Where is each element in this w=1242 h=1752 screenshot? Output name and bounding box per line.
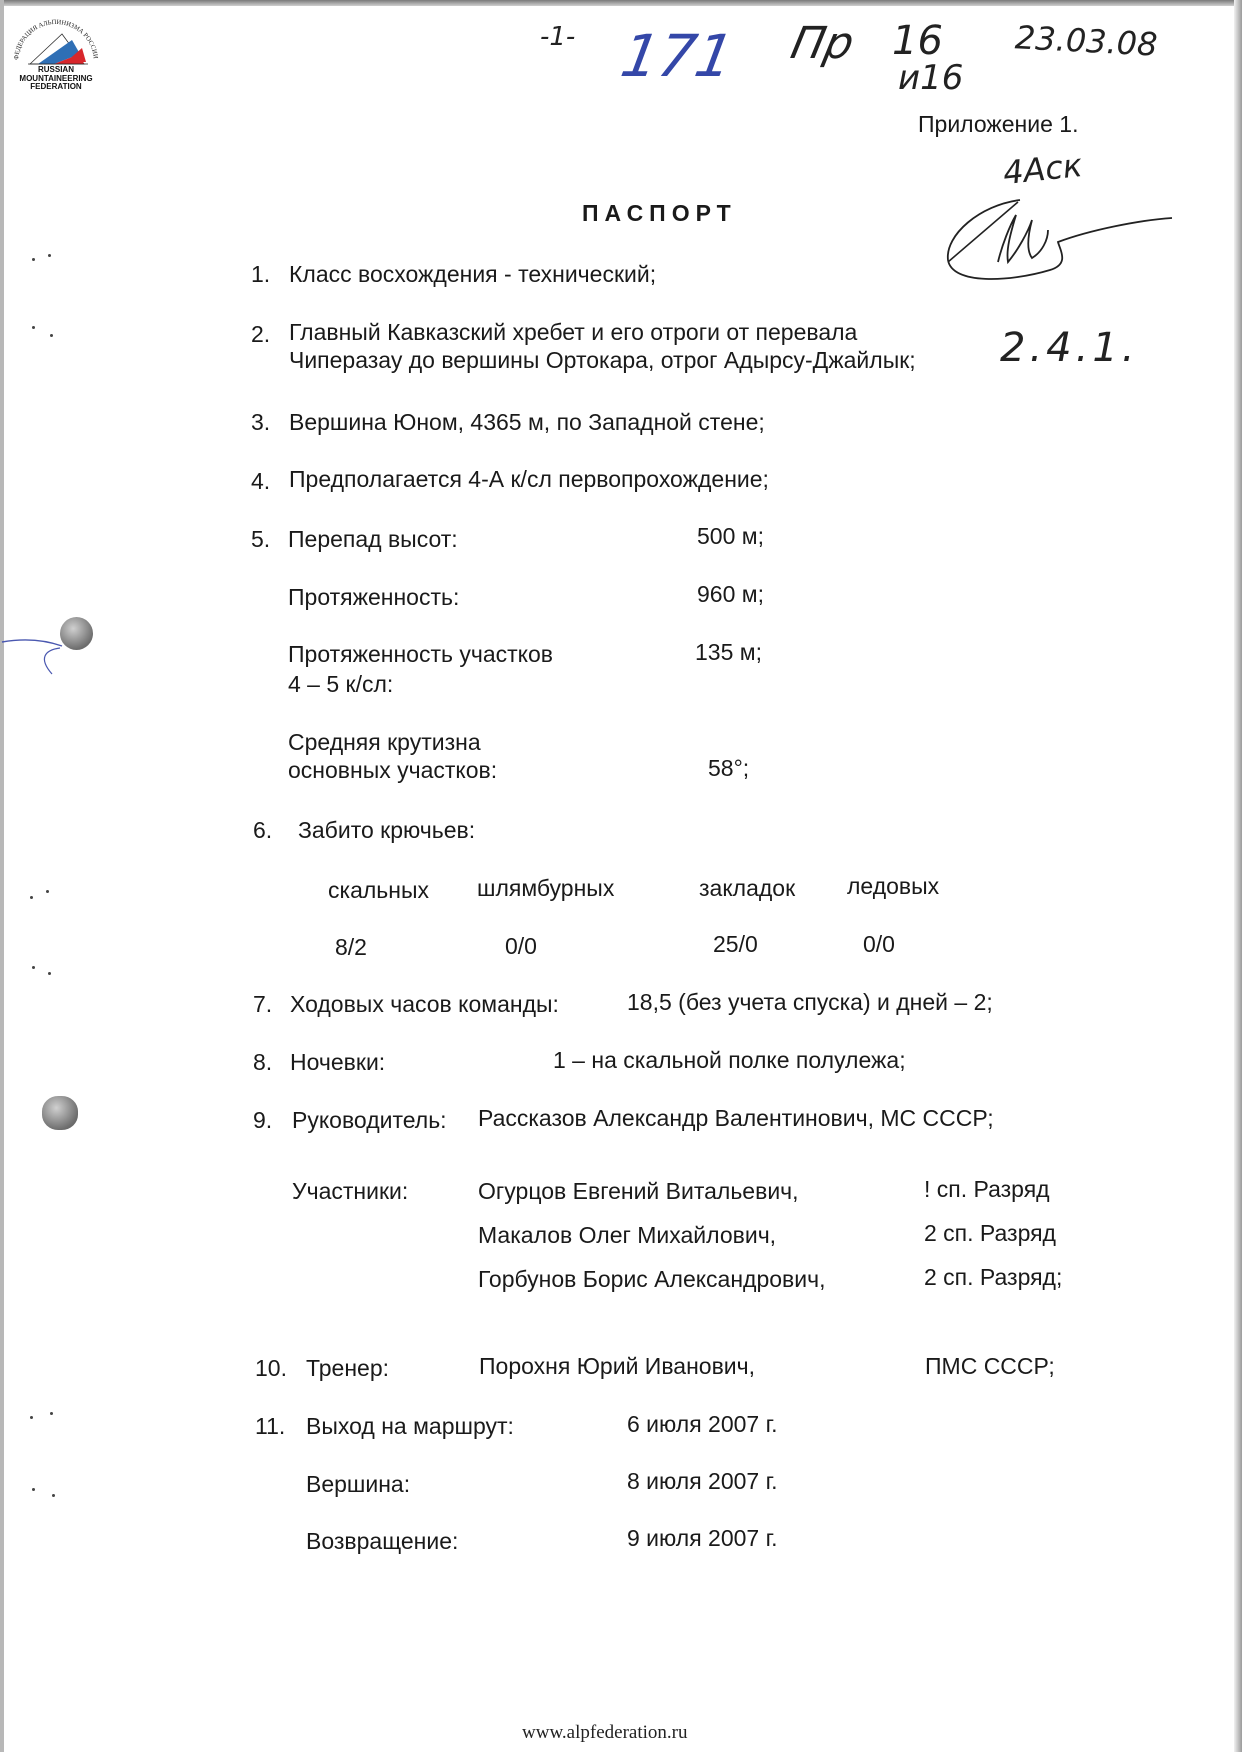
item-2-line-2: Чиперазау до вершины Ортокара, отрог Ады… — [289, 346, 916, 374]
handwritten-section-code: 2.4.1. — [1000, 325, 1139, 371]
item-1-text: Класс восхождения - технический; — [289, 260, 656, 288]
participant-1-rank: ! сп. Разряд — [924, 1175, 1050, 1203]
pitons-col-bolt: шлямбурных — [477, 874, 614, 902]
item-8-number: 8. — [253, 1048, 272, 1076]
scan-edge-left — [0, 0, 4, 1752]
page-title: ПАСПОРТ — [582, 200, 737, 227]
summit-label: Вершина: — [306, 1470, 410, 1498]
coach-rank: ПМС СССР; — [925, 1352, 1055, 1380]
handwritten-grade: 4Аск — [1001, 146, 1084, 192]
coach-name: Порохня Юрий Иванович, — [479, 1352, 755, 1380]
item-11-number: 11. — [255, 1412, 285, 1440]
scan-speck — [32, 326, 35, 329]
handwritten-number: 171 — [616, 22, 739, 90]
pen-stroke-mark — [0, 630, 70, 680]
elevation-value: 500 м; — [697, 522, 764, 550]
pitons-col-rock: скальных — [328, 876, 429, 904]
item-3-text: Вершина Юном, 4365 м, по Западной стене; — [289, 408, 765, 436]
mountain-flag-icon: ФЕДЕРАЦИЯ АЛЬПИНИЗМА РОССИИ — [10, 14, 102, 68]
handwritten-page-mark: -1- — [540, 22, 575, 52]
route-start-value: 6 июля 2007 г. — [627, 1410, 778, 1438]
item-2-line-1: Главный Кавказский хребет и его отроги о… — [289, 318, 857, 346]
sections-label-2: 4 – 5 к/сл: — [288, 670, 393, 698]
scan-speck — [32, 258, 35, 261]
item-1-number: 1. — [251, 260, 270, 288]
walking-hours-value: 18,5 (без учета спуска) и дней – 2; — [627, 988, 993, 1016]
steepness-label-2: основных участков: — [288, 756, 497, 784]
pitons-val-rock: 8/2 — [335, 933, 367, 961]
signature-icon — [940, 190, 1180, 290]
scan-speck — [30, 1416, 33, 1419]
handwritten-date: 23.03.08 — [1014, 18, 1158, 63]
handwritten-pr-sub: и16 — [898, 58, 963, 98]
item-3-number: 3. — [251, 408, 270, 436]
leader-value: Рассказов Александр Валентинович, МС ССС… — [478, 1104, 994, 1132]
scan-speck — [48, 972, 51, 975]
steepness-value: 58°; — [708, 754, 749, 782]
item-7-number: 7. — [253, 990, 272, 1018]
pitons-col-nuts: закладок — [699, 874, 795, 902]
appendix-label: Приложение 1. — [918, 110, 1078, 138]
scan-speck — [50, 1412, 53, 1415]
summit-value: 8 июля 2007 г. — [627, 1467, 778, 1495]
punch-hole-bottom — [42, 1096, 78, 1130]
return-value: 9 июля 2007 г. — [627, 1524, 778, 1552]
steepness-label-1: Средняя крутизна — [288, 728, 481, 756]
participant-2-name: Макалов Олег Михайлович, — [478, 1221, 776, 1249]
sections-label-1: Протяженность участков — [288, 640, 553, 668]
participant-3-name: Горбунов Борис Александрович, — [478, 1265, 826, 1293]
participants-label: Участники: — [292, 1177, 408, 1205]
bivouacs-label: Ночевки: — [290, 1048, 385, 1076]
federation-logo: ФЕДЕРАЦИЯ АЛЬПИНИЗМА РОССИИ RUSSIAN MOUN… — [10, 14, 102, 94]
route-start-label: Выход на маршрут: — [306, 1412, 514, 1440]
item-2-number: 2. — [251, 320, 270, 348]
participant-1-name: Огурцов Евгений Витальевич, — [478, 1177, 799, 1205]
scan-speck — [52, 1494, 55, 1497]
sections-value: 135 м; — [695, 638, 762, 666]
walking-hours-label: Ходовых часов команды: — [290, 990, 559, 1018]
handwritten-pr: Пр — [787, 18, 859, 69]
pitons-val-ice: 0/0 — [863, 930, 895, 958]
item-10-number: 10. — [255, 1354, 287, 1382]
participant-2-rank: 2 сп. Разряд — [924, 1219, 1056, 1247]
scan-speck — [32, 1488, 35, 1491]
length-value: 960 м; — [697, 580, 764, 608]
scan-speck — [48, 254, 51, 257]
item-6-number: 6. — [253, 816, 272, 844]
leader-label: Руководитель: — [292, 1106, 447, 1134]
logo-line-3: FEDERATION — [10, 83, 102, 92]
pitons-val-bolt: 0/0 — [505, 932, 537, 960]
pitons-label: Забито крючьев: — [298, 816, 475, 844]
coach-label: Тренер: — [306, 1354, 389, 1382]
footer-url: www.alpfederation.ru — [522, 1722, 687, 1744]
scan-edge-right — [1234, 0, 1242, 1752]
elevation-label: Перепад высот: — [288, 525, 458, 553]
scan-speck — [50, 334, 53, 337]
item-5-number: 5. — [251, 525, 270, 553]
return-label: Возвращение: — [306, 1527, 458, 1555]
scan-speck — [30, 896, 33, 899]
pitons-col-ice: ледовых — [847, 872, 939, 900]
item-4-text: Предполагается 4-А к/сл первопрохождение… — [289, 465, 769, 493]
bivouacs-value: 1 – на скальной полке полулежа; — [553, 1046, 906, 1074]
item-4-number: 4. — [251, 467, 270, 495]
item-9-number: 9. — [253, 1106, 272, 1134]
scan-edge-top — [0, 0, 1242, 6]
scan-speck — [46, 890, 49, 893]
participant-3-rank: 2 сп. Разряд; — [924, 1263, 1062, 1291]
scan-speck — [32, 966, 35, 969]
length-label: Протяженность: — [288, 583, 459, 611]
pitons-val-nuts: 25/0 — [713, 930, 758, 958]
